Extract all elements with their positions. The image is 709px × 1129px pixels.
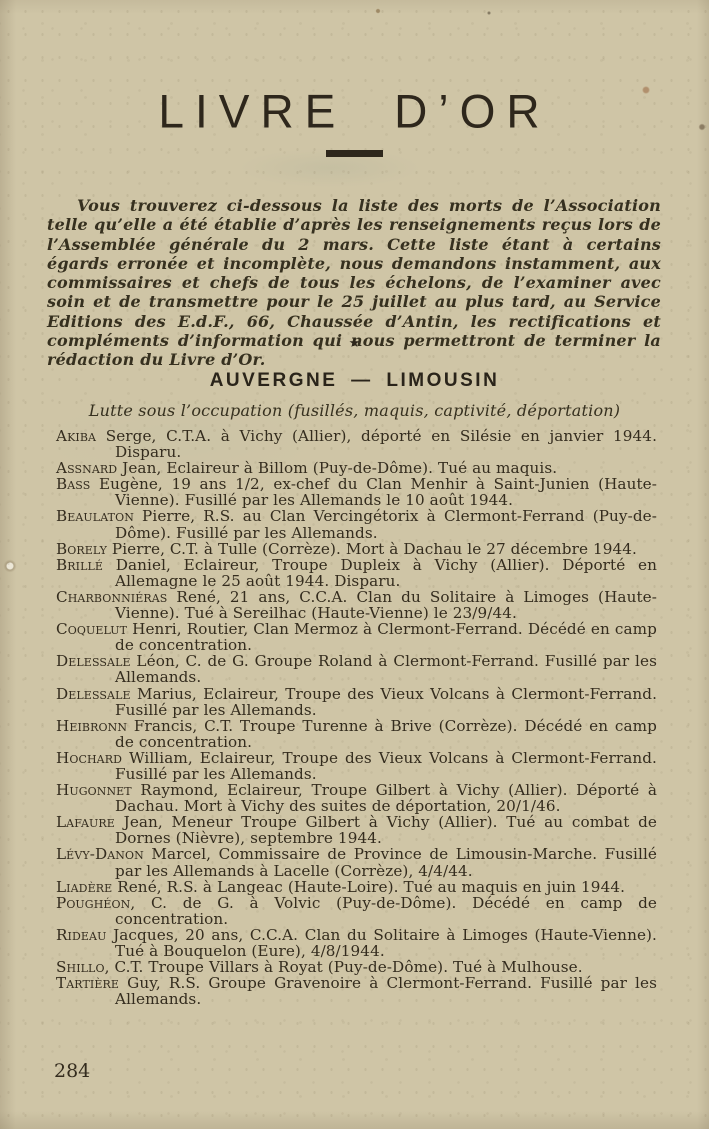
memorial-entry: Akiba Serge, C.T.A. à Vichy (Allier), dé… bbox=[56, 428, 657, 460]
entry-surname: Brillé bbox=[56, 556, 103, 574]
memorial-entry: Delessale Marius, Eclaireur, Troupe des … bbox=[56, 686, 657, 718]
entry-text: C. de G. à Volvic (Puy-de-Dôme). Décédé … bbox=[115, 894, 657, 928]
memorial-entry: Tartière Guy, R.S. Groupe Gravenoire à C… bbox=[56, 975, 657, 1007]
memorial-entry-list: Akiba Serge, C.T.A. à Vichy (Allier), dé… bbox=[56, 428, 657, 1007]
memorial-entry: Borely Pierre, C.T. à Tulle (Corrèze). M… bbox=[56, 541, 657, 557]
entry-text: Jean, Meneur Troupe Gilbert à Vichy (All… bbox=[115, 813, 657, 847]
memorial-entry: Lévy-Danon Marcel, Commissaire de Provin… bbox=[56, 846, 657, 878]
entry-text: Jacques, 20 ans, C.C.A. Clan du Solitair… bbox=[113, 926, 657, 960]
memorial-entry: Beaulaton Pierre, R.S. au Clan Vercingét… bbox=[56, 508, 657, 540]
entry-text: René, 21 ans, C.C.A. Clan du Solitaire à… bbox=[115, 588, 657, 622]
entry-text: Eugène, 19 ans 1/2, ex-chef du Clan Menh… bbox=[99, 475, 657, 509]
memorial-entry: Charbonniéras René, 21 ans, C.C.A. Clan … bbox=[56, 589, 657, 621]
entry-surname: Lafaure bbox=[56, 813, 115, 831]
entry-text: Guy, R.S. Groupe Gravenoire à Clermont-F… bbox=[115, 974, 657, 1008]
star-ornament: ★ bbox=[0, 336, 709, 351]
entry-text: William, Eclaireur, Troupe des Vieux Vol… bbox=[115, 749, 657, 783]
title-rule-divider bbox=[326, 150, 383, 157]
entry-surname: Tartière bbox=[56, 974, 119, 992]
scanned-book-page: LIVRE D’OR Vous trouverez ci-dessous la … bbox=[0, 0, 709, 1129]
entry-surname: Akiba bbox=[56, 427, 96, 445]
memorial-entry: Poughéon, C. de G. à Volvic (Puy-de-Dôme… bbox=[56, 895, 657, 927]
memorial-entry: Coquelut Henri, Routier, Clan Mermoz à C… bbox=[56, 621, 657, 653]
entry-text: Serge, C.T.A. à Vichy (Allier), déporté … bbox=[106, 427, 657, 461]
memorial-entry: Heibronn Francis, C.T. Troupe Turenne à … bbox=[56, 718, 657, 750]
entry-text: Marius, Eclaireur, Troupe des Vieux Volc… bbox=[115, 685, 657, 719]
entry-surname: Bass bbox=[56, 475, 90, 493]
entry-text: Daniel, Eclaireur, Troupe Dupleix à Vich… bbox=[115, 556, 657, 590]
memorial-entry: Bass Eugène, 19 ans 1/2, ex-chef du Clan… bbox=[56, 476, 657, 508]
memorial-entry: Delessale Léon, C. de G. Groupe Roland à… bbox=[56, 653, 657, 685]
entry-text: Francis, C.T. Troupe Turenne à Brive (Co… bbox=[115, 717, 657, 751]
memorial-entry: Hochard William, Eclaireur, Troupe des V… bbox=[56, 750, 657, 782]
entry-surname: Rideau bbox=[56, 926, 106, 944]
memorial-entry: Rideau Jacques, 20 ans, C.C.A. Clan du S… bbox=[56, 927, 657, 959]
entry-surname: Hochard bbox=[56, 749, 122, 767]
entry-text: Léon, C. de G. Groupe Roland à Clermont-… bbox=[115, 652, 657, 686]
memorial-entry: Liadère René, R.S. à Langeac (Haute-Loir… bbox=[56, 879, 657, 895]
entry-text: Pierre, R.S. au Clan Vercingétorix à Cle… bbox=[115, 507, 657, 541]
memorial-entry: Lafaure Jean, Meneur Troupe Gilbert à Vi… bbox=[56, 814, 657, 846]
page-number: 284 bbox=[54, 1060, 90, 1082]
memorial-entry: Brillé Daniel, Eclaireur, Troupe Dupleix… bbox=[56, 557, 657, 589]
memorial-entry: Assnard Jean, Eclaireur à Billom (Puy-de… bbox=[56, 460, 657, 476]
entry-text: Raymond, Eclaireur, Troupe Gilbert à Vic… bbox=[115, 781, 657, 815]
section-heading: AUVERGNE — LIMOUSIN bbox=[0, 370, 709, 392]
entry-text: Henri, Routier, Clan Mermoz à Clermont-F… bbox=[115, 620, 657, 654]
page-title: LIVRE D’OR bbox=[0, 83, 709, 139]
section-subtitle: Lutte sous l’occupation (fusillés, maqui… bbox=[0, 401, 709, 420]
memorial-entry: Hugonnet Raymond, Eclaireur, Troupe Gilb… bbox=[56, 782, 657, 814]
memorial-entry: Shillo, C.T. Troupe Villars à Royat (Puy… bbox=[56, 959, 657, 975]
entry-text: Marcel, Commissaire de Province de Limou… bbox=[115, 845, 657, 879]
